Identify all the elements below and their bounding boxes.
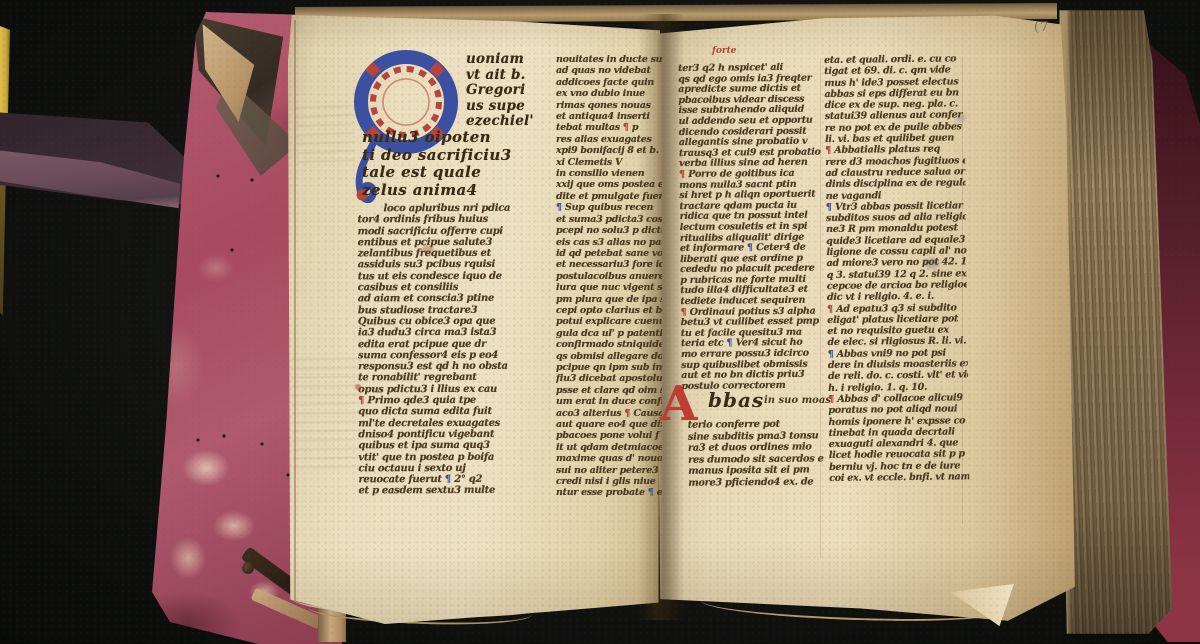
manuscript-line: cepi opto clarius et beni [556,305,662,316]
manuscript-line: vt ait b. [466,68,566,84]
left-page-column-1: loco apluribus nri pdicator4 ordinis fri… [357,203,530,497]
manuscript-line: dinis disciplina ex de regula [826,178,966,191]
manuscript-line: aco3 alterius ¶Causa [556,408,662,419]
manuscript-line: modi sacrificiu offerre cupi [358,225,530,237]
cover-corner-damage [193,16,289,146]
manuscript-line: loco apluribus nri pdica [357,203,529,215]
right-page-column-2: eta. et quali. ordi. e. cu cotigat et 69… [824,53,969,484]
manuscript-line: li. vi. bas et quilibet guen [825,132,965,145]
manuscript-line: edita erat pcipue que dr [358,338,530,350]
manuscript-line: entibus et pcipue salute3 [358,237,530,249]
manuscript-line: us supe [466,99,566,115]
pilcrow-mark: ¶ [679,169,685,180]
manuscript-line: et suma3 pdicta3 coside [556,214,662,225]
manuscript-line: res alias exuagates [556,134,662,145]
manuscript-line: psse et clare qd oim sig [556,385,662,396]
opening-lines-beside-initial: uoniamvt ait b.Gregorius supeezechiel' [466,52,566,130]
manuscript-line: in consilio vienen [556,168,662,179]
manuscript-line: et necessariu3 fore ideo [556,259,662,270]
right-page-column-1: ter3 q2 h nspicet' aliqs qd ego omis ia3… [678,63,823,393]
manuscript-line: verba illius sine ad heren [679,158,821,170]
manuscript-line: quo dicta suma edita fuit [358,406,530,418]
manuscript-line: assiduis su3 pcibus rquisi [358,259,530,271]
manuscript-line: tebat multas ¶p [556,122,662,133]
manuscript-line: aut quare eo4 que dixi [556,419,662,430]
manuscript-line: ad quas no videbat [556,65,662,76]
interline-correction: forte [712,46,737,56]
manuscript-line: xi Clemetis V [556,157,662,168]
pilcrow-mark: ¶ [747,243,753,254]
manuscript-line: fiu3 dicebat apostolu3 ica [556,373,662,384]
abbas-inline-text: in suo moas [764,395,831,406]
manuscript-line: dite et pmulgate fuer [556,191,662,202]
manuscript-line: si hret p h aliqn oportuerit [679,190,821,202]
abbas-entry-word: bbas [708,388,764,412]
manuscript-line: tale est quale [362,164,542,182]
manuscript-line: et antiqua4 inserti [556,111,662,122]
manuscript-line: iura que nuc vigent se [556,282,662,293]
manuscript-line: ¶Sup quibus recen [556,202,662,213]
manuscript-line: tus ut eis condesce iquo de [358,270,530,282]
manuscript-line: ¶Primo qde3 quia tpe [358,395,530,407]
manuscript-line: gula dca ul' p patentia [556,328,662,339]
text-show-through [291,357,361,470]
manuscript-line: nouitates in ducte sut [556,54,662,65]
manuscript-line: tor4 ordinis fribus huius [358,214,530,226]
manuscript-line: confirmado stniquide3 q [556,339,662,350]
manuscript-line: coi ex. vt eccle. bnfi. vt nam [829,471,969,484]
manuscript-line: vtit' que tn postea p boifa [358,451,530,463]
manuscript-line: potui explicare cuenus [556,316,662,327]
pilcrow-mark: ¶ [826,202,832,213]
pilcrow-mark: ¶ [358,395,364,406]
folio-digit: 7 [1040,20,1049,35]
manuscript-line: aut et no bn dictis priu3 [681,370,823,382]
manuscript-line: de elec. si rligiosus R. li. vi. [827,336,967,349]
folio-number: (7 [1034,20,1049,35]
manuscript-line: pbacoes pone volui f [556,430,662,441]
manuscript-line: pcipue qn ipm sub indic [556,362,662,373]
manuscript-line: maxime quas d' nouo p [556,453,662,464]
manuscript-line: xxij que oms postea e [556,179,662,190]
yellow-bookmark-tab [0,26,10,122]
clasp-knob [242,562,254,574]
manuscript-line: id qd petebat sane vol [556,248,662,259]
manuscript-line: cepcoe de arcioa bo religioe [827,279,967,292]
manuscript-line: rimas qones nouas [556,100,662,111]
manuscript-line: ad aiam et conscia3 ptine [358,293,530,305]
pilcrow-mark: ¶ [827,303,833,314]
manuscript-line: qs obmisi allegare doctri [556,351,662,362]
cover-torn-flap [199,20,259,122]
manuscript-line: postulacoibus anuere [556,271,662,282]
pilcrow-mark: ¶ [828,349,834,360]
pilcrow-mark: ¶ [825,145,831,156]
manuscript-line: suma confessor4 eis p eo4 [358,350,530,362]
manuscript-line: uoniam [466,52,566,68]
manuscript-line: ti deo sacrificiu3 [362,147,542,165]
manuscript-line: bus studiose tractare3 [358,304,530,316]
manuscript-photo: Q uoniamvt ait b.Gregorius supeezechiel'… [0,0,1200,644]
manuscript-line: ciu octauu i sexto uj [358,463,530,475]
pilcrow-mark: ¶ [828,394,834,405]
manuscript-line: sui no aliter petere3 m [556,465,662,476]
manuscript-line: ex vno dubio inue [556,88,662,99]
manuscript-line: ml'te decretales exuagates [358,417,530,429]
manuscript-line: it ut qdam detmiacoes [556,442,662,453]
pilcrow-mark: ¶ [556,202,562,213]
manuscript-line: reuocate fuerut ¶2° q2 [358,474,530,486]
manuscript-line: pm plura que de ipa su [556,294,662,305]
pilcrow-mark: ¶ [623,122,629,133]
manuscript-line: eis cas s3 alias no pauc [556,237,662,248]
pilcrow-mark: ¶ [445,474,451,485]
manuscript-line: pcepi no solu3 p dictu3 [556,225,662,236]
manuscript-line: casibus et consiliis [358,282,530,294]
manuscript-line: nullu3 oipoten [362,129,542,147]
manuscript-line: Quibus cu obice3 opa que [358,316,530,328]
pilcrow-mark: ¶ [681,307,687,318]
manuscript-line: opus pdictu3 i llius ex cau [358,383,530,395]
manuscript-line: more3 pficiendo4 ex. de [688,476,824,489]
manuscript-line: ezechiel' [466,114,566,130]
manuscript-line: ntur esse probate ¶et [556,487,662,498]
manuscript-line: te ronabilit' regrebant [358,372,530,384]
pilcrow-mark: ¶ [726,338,732,349]
manuscript-line: credi nisi i glis niue [556,476,662,487]
manuscript-line: zelus anima4 [362,182,542,200]
manuscript-line: addicoes facte quin [556,77,662,88]
manuscript-line: responsu3 est qd h no obsta [358,361,530,373]
opening-lines-full-width: nullu3 oipotenti deo sacrificiu3tale est… [362,129,542,199]
manuscript-line: um erat in duce confir [556,396,662,407]
pilcrow-mark: ¶ [648,487,654,498]
left-page-column-2: nouitates in ducte sutad quas no videbat… [556,54,662,499]
manuscript-line: Gregori [466,83,566,99]
manuscript-line: dniso4 pontificu vigebant [358,429,530,441]
manuscript-line: quibus et ipa suma quq3 [358,440,530,452]
manuscript-line: ia3 dudu3 circa ma3 ista3 [358,327,530,339]
manuscript-line: de reli. do. c. costi. vlt' et vid [828,370,968,383]
pilcrow-mark: ¶ [624,408,630,419]
manuscript-line: et p easdem sextu3 multe [358,485,530,497]
manuscript-line: xpi9 bonifacij 8 et b. [556,145,662,156]
abbas-entry-continuation: terio conferre potsine subditis pma3 ton… [688,418,825,489]
manuscript-line: zelantibus frequetibus et [358,248,530,260]
